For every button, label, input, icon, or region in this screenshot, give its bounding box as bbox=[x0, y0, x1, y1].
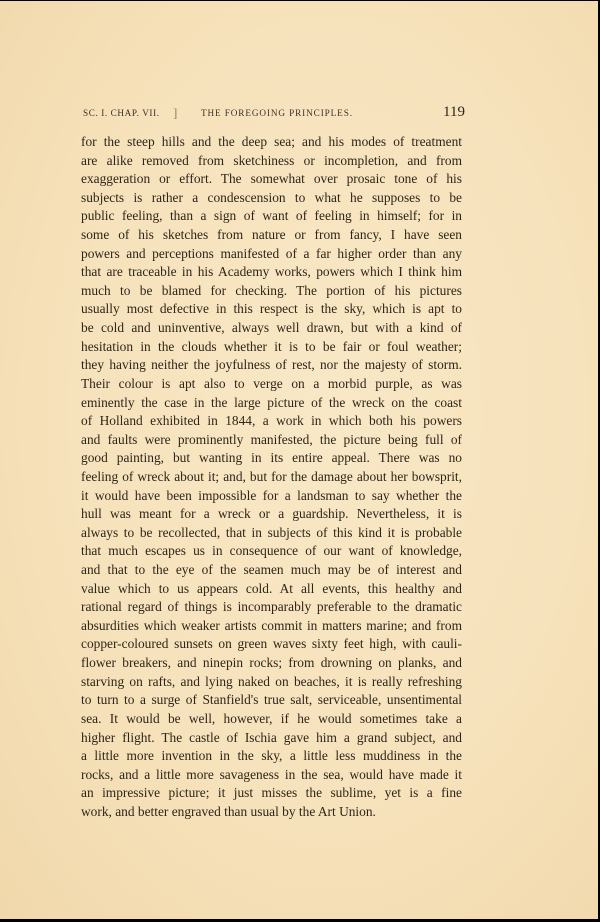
text-line: they having neither the joyfulness of re… bbox=[81, 356, 462, 375]
text-line: a little more invention in the sky, a li… bbox=[81, 747, 462, 766]
text-line: that much escapes us in consequence of o… bbox=[81, 542, 462, 561]
text-line: Their colour is apt also to verge on a m… bbox=[81, 375, 462, 394]
text-line: hull was meant for a wreck or a guardshi… bbox=[81, 505, 462, 524]
running-head: SC. I. CHAP. VII. ] THE FOREGOING PRINCI… bbox=[83, 105, 465, 123]
text-line: feeling of wreck about it; and, but for … bbox=[81, 468, 462, 487]
section-reference: SC. I. CHAP. VII. bbox=[83, 108, 160, 118]
text-line: sea. It would be well, however, if he wo… bbox=[81, 710, 462, 729]
page-number: 119 bbox=[443, 104, 465, 121]
chapter-title: THE FOREGOING PRINCIPLES. bbox=[201, 108, 353, 118]
text-line: to turn to a surge of Stanfield's true s… bbox=[81, 691, 462, 710]
text-line: eminently the case in the large picture … bbox=[81, 394, 462, 413]
text-line: be cold and uninventive, always well dra… bbox=[81, 319, 462, 338]
text-line: some of his sketches from nature or from… bbox=[81, 226, 462, 245]
text-line: much to be blamed for checking. The port… bbox=[81, 282, 462, 301]
text-line: that are traceable in his Academy works,… bbox=[81, 263, 462, 282]
text-line: exaggeration or effort. The somewhat ove… bbox=[81, 170, 462, 189]
text-line: higher flight. The castle of Ischia gave… bbox=[81, 729, 462, 748]
body-paragraph: for the steep hills and the deep sea; an… bbox=[81, 133, 462, 822]
book-page: SC. I. CHAP. VII. ] THE FOREGOING PRINCI… bbox=[0, 1, 598, 919]
text-line: an impressive picture; it just misses th… bbox=[81, 784, 462, 803]
text-line: public feeling, than a sign of want of f… bbox=[81, 207, 462, 226]
bracket-mark: ] bbox=[173, 105, 177, 121]
text-line: it would have been impossible for a land… bbox=[81, 487, 462, 506]
text-line-last: work, and better engraved than usual by … bbox=[81, 803, 462, 822]
text-line: starving on rafts, and lying naked on be… bbox=[81, 673, 462, 692]
text-line: flower breakers, and ninepin rocks; from… bbox=[81, 654, 462, 673]
text-line: are alike removed from sketchiness or in… bbox=[81, 152, 462, 171]
text-line: absurdities which weaker artists commit … bbox=[81, 617, 462, 636]
text-line: hesitation in the clouds whether it is t… bbox=[81, 338, 462, 357]
text-line: and faults were prominently manifested, … bbox=[81, 431, 462, 450]
text-line: of Holland exhibited in 1844, a work in … bbox=[81, 412, 462, 431]
text-line: for the steep hills and the deep sea; an… bbox=[81, 133, 462, 152]
text-line: always to be recollected, that in subjec… bbox=[81, 524, 462, 543]
text-line: subjects is rather a condescension to wh… bbox=[81, 189, 462, 208]
text-line: rational regard of things is incomparabl… bbox=[81, 598, 462, 617]
text-line: rocks, and a little more savageness in t… bbox=[81, 766, 462, 785]
text-line: good painting, but wanting in its entire… bbox=[81, 449, 462, 468]
text-line: copper-coloured sunsets on green waves s… bbox=[81, 635, 462, 654]
text-line: usually most defective in this respect i… bbox=[81, 300, 462, 319]
text-line: and that to the eye of the seamen much m… bbox=[81, 561, 462, 580]
text-line: powers and perceptions manifested of a f… bbox=[81, 245, 462, 264]
text-line: value which to us appears cold. At all e… bbox=[81, 580, 462, 599]
